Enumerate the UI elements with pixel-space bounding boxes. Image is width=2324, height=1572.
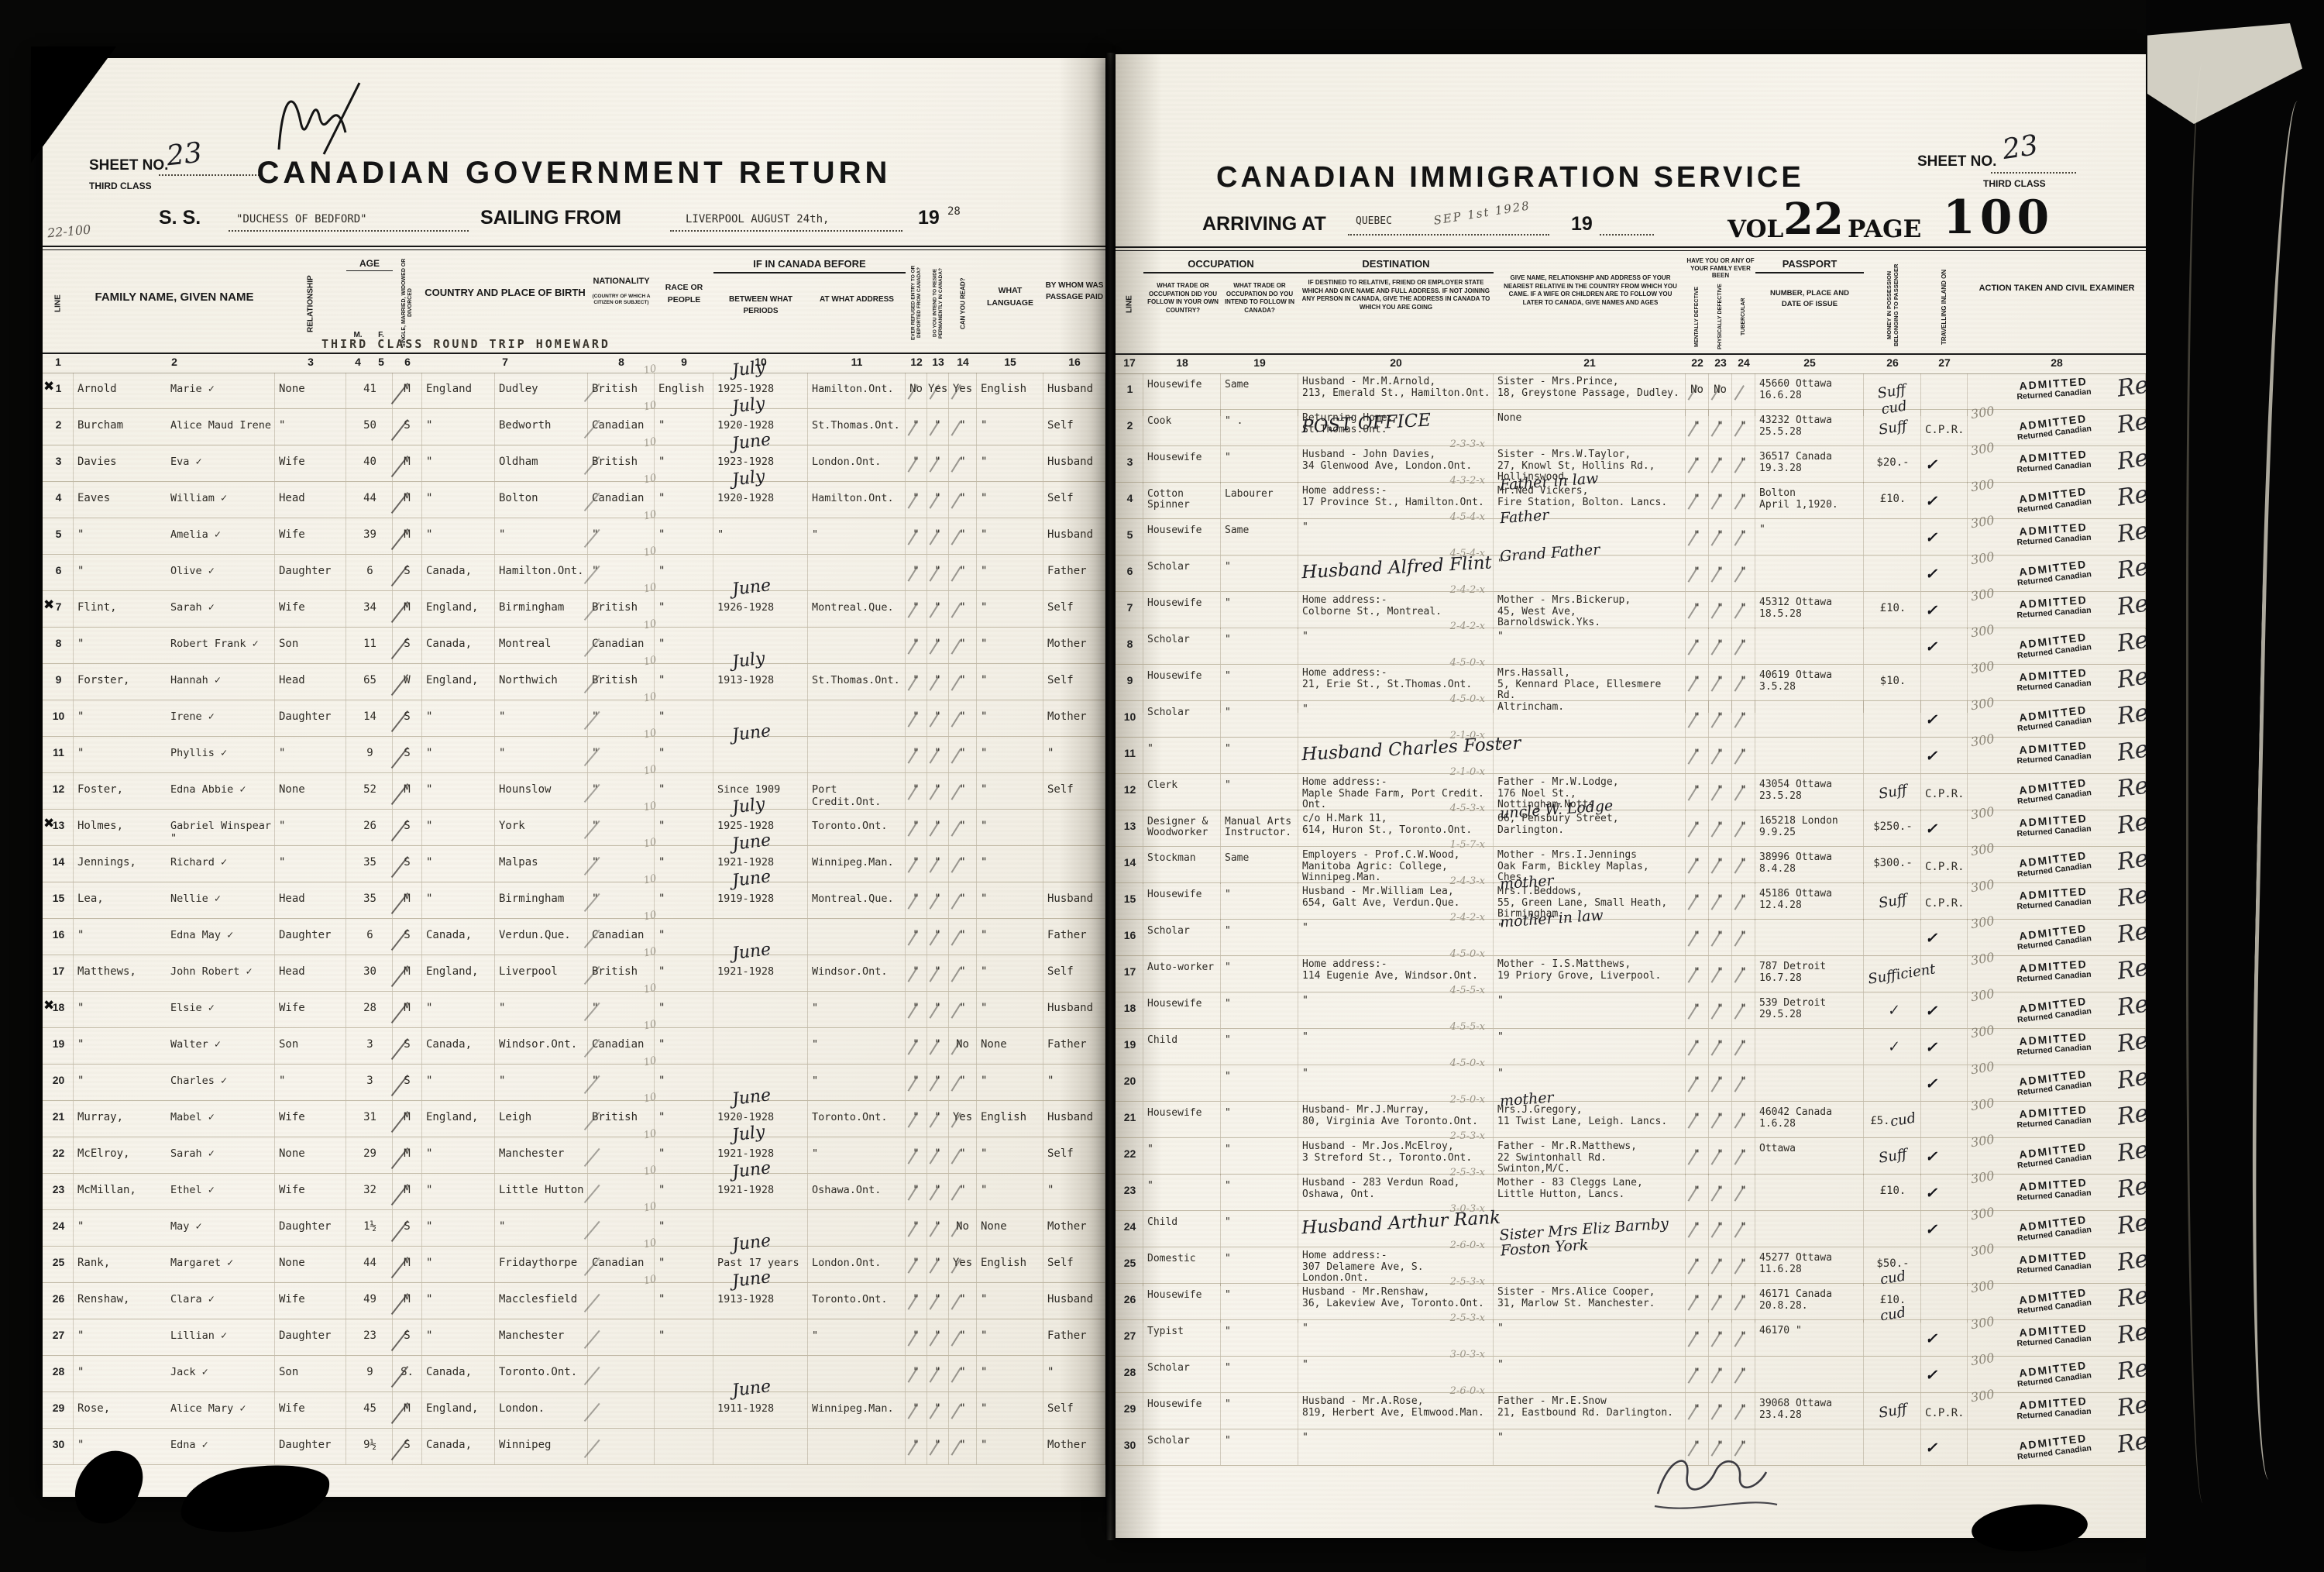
marital-status: M xyxy=(404,456,410,468)
cell-line-number: 21 xyxy=(1116,1102,1143,1137)
destination: " xyxy=(1302,1359,1308,1371)
destination: " xyxy=(1302,631,1308,642)
cell-money xyxy=(1864,628,1921,664)
mentally-defective: " xyxy=(1693,1003,1700,1015)
cell-age: 9½ xyxy=(346,1429,393,1464)
occupation-own: Scholar xyxy=(1147,1362,1190,1374)
third-class-stamp: THIRD CLASS ROUND TRIP HOMEWARD xyxy=(321,337,610,351)
pencil-300-mark: 300 xyxy=(1970,695,1996,714)
language: " xyxy=(981,1439,987,1451)
cell-line-number: 14 xyxy=(1116,847,1143,884)
cell-language: " xyxy=(977,1283,1043,1319)
cell-language: " xyxy=(977,1392,1043,1428)
given-name: Richard ✓ xyxy=(170,856,227,869)
cell-line-number: 8 xyxy=(1116,628,1143,664)
occupation-own: Auto-worker xyxy=(1147,961,1214,973)
relationship: " xyxy=(279,419,285,432)
cell-money: ✓ xyxy=(1864,992,1921,1028)
cell-birth-country: Canada, xyxy=(422,628,495,663)
mentally-defective: " xyxy=(1693,1330,1700,1343)
canada-address: Toronto.Ont. xyxy=(812,1293,888,1305)
cell-birth-country: England, xyxy=(422,1101,495,1137)
cell-travelling-inland: ✓ xyxy=(1921,1320,1968,1356)
admitted-stamp: ADMITTEDReturned Canadian xyxy=(2003,1429,2105,1464)
cell-reside-permanently: " xyxy=(927,992,949,1027)
nationality: Canadian xyxy=(592,1257,644,1269)
page-title: CANADIAN GOVERNMENT RETURN xyxy=(43,156,1105,191)
cell-occupation-own: " xyxy=(1143,738,1221,773)
mentally-defective: " xyxy=(1693,1148,1700,1161)
passenger-row-left: 28"Jack ✓Son9S.Canada,Toronto.Ont.""""" xyxy=(43,1356,1105,1392)
year-prefix: 19 xyxy=(1571,213,1593,236)
can-read: No xyxy=(956,1038,969,1051)
passage-paid: Mother xyxy=(1047,710,1087,723)
cell-race: " xyxy=(655,1247,713,1282)
passenger-row-left: 11"Phyllis ✓"9S"""10"June""""" xyxy=(43,737,1105,773)
cell-age: 32 xyxy=(346,1174,393,1209)
line-number: 6 xyxy=(1127,565,1133,577)
race: " xyxy=(658,929,665,941)
family-name: " xyxy=(77,1002,84,1014)
cell-refused-entry: " xyxy=(906,737,927,772)
birth-country: England, xyxy=(426,601,478,614)
given-name: Jack ✓ xyxy=(170,1366,208,1378)
line-number: 8 xyxy=(1127,638,1133,650)
given-name: Clara ✓ xyxy=(170,1293,215,1305)
cell-mentally-defective: " xyxy=(1686,483,1709,518)
age: 45 xyxy=(363,1402,376,1415)
line-number: 17 xyxy=(1124,965,1136,978)
passport: Ottawa xyxy=(1759,1143,1796,1154)
nationality: " xyxy=(592,1002,598,1014)
refused-entry: " xyxy=(913,747,919,759)
pencil-tally: 2-4-2-x xyxy=(1450,621,1485,633)
ss-label: S. S. xyxy=(159,207,201,229)
pencil-tally: 4-5-3-x xyxy=(1450,803,1485,815)
cell-tubercular: " xyxy=(1732,483,1755,518)
mentally-defective: " xyxy=(1693,529,1700,542)
language: None xyxy=(981,1038,1007,1051)
cell-race: " xyxy=(655,1283,713,1319)
cell-marital-status: M xyxy=(393,882,422,918)
cell-can-read: " xyxy=(949,737,977,772)
cell-passage-paid: Self xyxy=(1043,1137,1105,1173)
cell-occupation-own: Child xyxy=(1143,1211,1221,1247)
cell-marital-status: M xyxy=(393,1101,422,1137)
cell-can-read: " xyxy=(949,1283,977,1319)
examiner-initials: Re xyxy=(2115,881,2150,912)
cell-tubercular: " xyxy=(1732,592,1755,629)
cell-line-number: 8 xyxy=(43,628,74,663)
cell-relationship: None xyxy=(275,773,346,809)
canada-address: Toronto.Ont. xyxy=(812,1111,888,1123)
right-table-header: LINE OCCUPATION WHAT TRADE OR OCCUPATION… xyxy=(1116,254,2146,355)
pencil-300-mark: 300 xyxy=(1970,404,1996,422)
cell-mentally-defective: " xyxy=(1686,920,1709,955)
cell-nearest-relative: Mother - Mrs.Bickerup, 45, West Ave, Bar… xyxy=(1494,592,1686,629)
cell-money: £10.cud xyxy=(1864,1284,1921,1323)
cell-passport xyxy=(1755,628,1864,664)
vol-label: VOL xyxy=(1728,215,1783,243)
can-read: " xyxy=(959,1439,965,1451)
occupation-canada: Same xyxy=(1225,525,1249,536)
refused-entry: " xyxy=(913,638,919,650)
marital-status: M xyxy=(404,383,410,395)
cell-line-number: 7✖ xyxy=(43,591,74,627)
occupation-canada: Same xyxy=(1225,379,1249,390)
cell-birth-place: " xyxy=(495,518,588,554)
cell-family-name: " xyxy=(74,628,167,663)
given-name: Robert Frank ✓ xyxy=(170,638,259,650)
cell-birth-country: Canada, xyxy=(422,1429,495,1464)
cell-can-read: " xyxy=(949,955,977,991)
cell-passage-paid: Father xyxy=(1043,1028,1105,1064)
handwritten-month: June xyxy=(731,721,772,745)
cell-travelling-inland: ✓ xyxy=(1921,519,1968,555)
column-number: 1 xyxy=(55,356,61,368)
cell-given-name: Olive ✓ xyxy=(167,555,275,590)
examiner-initials: Re xyxy=(2115,699,2150,730)
cell-occupation-own: Auto-worker xyxy=(1143,956,1221,992)
cell-reside-permanently: " xyxy=(927,1392,949,1428)
reside-permanently: " xyxy=(934,929,940,941)
cell-reside-permanently: " xyxy=(927,955,949,991)
cell-relationship: " xyxy=(275,737,346,772)
cell-nationality xyxy=(588,1392,655,1428)
cell-mentally-defective: " xyxy=(1686,1357,1709,1392)
cell-action-taken: 300ADMITTEDReturned CanadianRe xyxy=(1968,1102,2146,1137)
cell-occupation-own: Clerk xyxy=(1143,774,1221,811)
cell-passage-paid xyxy=(1043,846,1105,882)
family-name: " xyxy=(77,528,84,541)
cell-can-read: Yes xyxy=(949,373,977,408)
column-number: 13 xyxy=(932,356,944,368)
handwritten-month: June xyxy=(731,940,772,964)
destination: " xyxy=(1302,1432,1308,1443)
cell-action-taken: 300ADMITTEDReturned CanadianRe xyxy=(1968,1247,2146,1286)
cell-tubercular: " xyxy=(1732,1284,1755,1323)
age: 9 xyxy=(366,747,373,759)
nearest-relative: Mother - 83 Cleggs Lane, Little Hutton, … xyxy=(1497,1177,1643,1200)
family-name: " xyxy=(77,638,84,650)
cell-birth-country: " xyxy=(422,992,495,1027)
race: " xyxy=(658,1220,665,1233)
cell-physically-defective: " xyxy=(1709,1357,1732,1392)
birth-country: " xyxy=(426,783,432,796)
birth-country: Canada, xyxy=(426,1038,472,1051)
cell-family-name: Holmes, xyxy=(74,810,167,845)
occupation-own: Housewife xyxy=(1147,1107,1202,1119)
cell-mentally-defective: " xyxy=(1686,1065,1709,1101)
language: " xyxy=(981,1184,987,1196)
column-number: 2 xyxy=(171,356,177,368)
cell-occupation-canada: " xyxy=(1221,883,1298,920)
col-line: LINE xyxy=(1116,260,1143,349)
cell-family-name: " xyxy=(74,700,167,736)
cell-race: " xyxy=(655,992,713,1027)
birth-country: " xyxy=(426,893,432,905)
cell-nearest-relative: " xyxy=(1494,701,1686,737)
birth-place: Leigh xyxy=(499,1111,531,1123)
cell-occupation-own: Housewife xyxy=(1143,519,1221,555)
cell-canada-address xyxy=(808,700,906,736)
handwritten-check-mark: ✓ xyxy=(1925,1075,1937,1092)
can-read: " xyxy=(959,1075,965,1087)
cell-action-taken: 300ADMITTEDReturned CanadianRe xyxy=(1968,410,2146,445)
cell-birth-place: Northwich xyxy=(495,664,588,700)
line-number: 6 xyxy=(56,564,62,576)
cell-passport: 46042 Canada 1.6.28 xyxy=(1755,1102,1864,1137)
passage-paid: Self xyxy=(1047,492,1074,504)
cell-nationality xyxy=(588,1319,655,1355)
cell-birth-place: Manchester xyxy=(495,1137,588,1173)
cell-canada-periods: June xyxy=(713,737,808,772)
cell-marital-status: S xyxy=(393,810,422,845)
cell-canada-address xyxy=(808,919,906,955)
cell-reside-permanently: " xyxy=(927,445,949,481)
handwritten-money-note: ✓ xyxy=(1886,1038,1899,1056)
pencil-300-mark: 300 xyxy=(1970,804,1996,823)
occupation-canada: " xyxy=(1225,1253,1231,1264)
cell-nearest-relative: Sister - Mrs.W.Taylor, 27, Knowl St, Hol… xyxy=(1494,446,1686,483)
birth-place: Fridaythorpe xyxy=(499,1257,577,1269)
can-read: " xyxy=(959,783,965,796)
mentally-defective: " xyxy=(1693,1294,1700,1306)
examiner-initials: Re xyxy=(2115,1354,2150,1385)
cell-given-name: Walter ✓ xyxy=(167,1028,275,1064)
cell-given-name: Clara ✓ xyxy=(167,1283,275,1319)
cell-birth-place: Bedworth xyxy=(495,409,588,445)
occupation-canada: " xyxy=(1225,452,1231,463)
cell-tubercular: " xyxy=(1732,701,1755,737)
tubercular: " xyxy=(1740,748,1746,760)
relationship: Wife xyxy=(279,456,305,468)
cell-marital-status: M xyxy=(393,1392,422,1428)
col-language: WHAT LANGUAGE xyxy=(977,284,1043,309)
family-name: " xyxy=(77,1038,84,1051)
cell-family-name: " xyxy=(74,1210,167,1246)
relationship: Head xyxy=(279,674,305,686)
cell-given-name: Robert Frank ✓ xyxy=(167,628,275,663)
cell-canada-periods xyxy=(713,1319,808,1355)
cell-line-number: 24 xyxy=(1116,1211,1143,1247)
occupation-own: Housewife xyxy=(1147,1398,1202,1410)
cell-birth-place: Birmingham xyxy=(495,591,588,627)
handwritten-check-mark: ✓ xyxy=(1925,566,1937,583)
tubercular: " xyxy=(1740,675,1746,687)
refused-entry: " xyxy=(913,1402,919,1415)
language: " xyxy=(981,419,987,432)
cell-age: 6 xyxy=(346,555,393,590)
cell-occupation-own: Scholar xyxy=(1143,920,1221,955)
cell-birth-country: " xyxy=(422,409,495,445)
cell-race: English xyxy=(655,373,713,408)
admitted-stamp: ADMITTEDReturned Canadian xyxy=(2003,847,2105,881)
cell-passage-paid: Husband xyxy=(1043,518,1105,554)
cell-occupation-canada: " xyxy=(1221,1138,1298,1175)
given-name: Walter ✓ xyxy=(170,1038,221,1051)
family-name: Holmes, xyxy=(77,820,123,832)
pencil-300-mark: 300 xyxy=(1970,1096,1996,1114)
cell-canada-periods: 1920-1928July xyxy=(713,482,808,518)
family-name: " xyxy=(77,747,84,759)
cell-marital-status: S xyxy=(393,1319,422,1355)
admitted-stamp: ADMITTEDReturned Canadian xyxy=(2003,883,2105,912)
birth-country: England, xyxy=(426,1111,478,1123)
birth-country: Canada, xyxy=(426,1366,472,1378)
cell-passport: 43054 Ottawa 23.5.28 xyxy=(1755,774,1864,811)
race: " xyxy=(658,638,665,650)
nationality: British xyxy=(592,601,638,614)
handwritten-month: June xyxy=(731,576,772,600)
examiner-initials: Re xyxy=(2115,1063,2150,1094)
birth-place: Oldham xyxy=(499,456,538,468)
cell-can-read: No xyxy=(949,1210,977,1246)
cell-line-number: 20 xyxy=(43,1065,74,1100)
line-number: 20 xyxy=(1124,1075,1136,1087)
cell-canada-address: St.Thomas.Ont. xyxy=(808,664,906,700)
money-amount: $250.- xyxy=(1873,820,1913,833)
pencil-300-mark: 300 xyxy=(1970,659,1996,677)
cell-marital-status: M xyxy=(393,1247,422,1282)
cell-birth-place: Windsor.Ont. xyxy=(495,1028,588,1064)
cell-canada-address: Winnipeg.Man. xyxy=(808,846,906,882)
pencil-tally: 4-3-2-x xyxy=(1450,476,1485,487)
cell-passage-paid: Mother xyxy=(1043,628,1105,663)
cell-tubercular: " xyxy=(1732,956,1755,992)
cell-action-taken: 300ADMITTEDReturned CanadianRe xyxy=(1968,1320,2146,1356)
cell-family-name: " xyxy=(74,1028,167,1064)
birth-place: York xyxy=(499,820,525,832)
canada-address: " xyxy=(812,1002,818,1014)
cell-travelling-inland xyxy=(1921,1102,1968,1137)
cell-refused-entry: " xyxy=(906,1028,927,1064)
mentally-defective: " xyxy=(1693,566,1700,578)
cell-relationship: Head xyxy=(275,482,346,518)
pencil-tally: 2-5-0-x xyxy=(1450,1095,1485,1106)
occupation-canada: Manual Arts Instructor. xyxy=(1225,816,1291,838)
physically-defective: " xyxy=(1717,420,1723,432)
birth-place: Macclesfield xyxy=(499,1293,577,1305)
occupation-own: Housewife xyxy=(1147,670,1202,682)
age: 3 xyxy=(366,1075,373,1087)
physically-defective: " xyxy=(1717,784,1723,796)
cell-birth-country: " xyxy=(422,1210,495,1246)
given-name: Margaret ✓ xyxy=(170,1257,233,1269)
cell-line-number: 13 xyxy=(1116,810,1143,846)
cell-line-number: 23 xyxy=(1116,1175,1143,1210)
mentally-defective: " xyxy=(1693,784,1700,796)
marital-status: S xyxy=(404,747,410,759)
cell-line-number: 2 xyxy=(43,409,74,445)
pencil-tally: 4-5-0-x xyxy=(1450,658,1485,669)
cell-passport: 36517 Canada 19.3.28 xyxy=(1755,446,1864,483)
marital-status: M xyxy=(404,601,410,614)
relationship: Daughter xyxy=(279,929,331,941)
examiner-initials: Re xyxy=(2115,1209,2150,1240)
cell-passport xyxy=(1755,1065,1864,1101)
col-nationality: NATIONALITY xyxy=(588,277,655,286)
cell-can-read: " xyxy=(949,409,977,445)
age: 35 xyxy=(363,893,376,905)
birth-country: " xyxy=(426,492,432,504)
cell-can-read: " xyxy=(949,810,977,845)
occupation-own: Scholar xyxy=(1147,634,1190,645)
pencil-tally: 2-6-0-x xyxy=(1450,1240,1485,1252)
cell-occupation-own: Cook xyxy=(1143,410,1221,445)
mentally-defective: " xyxy=(1693,857,1700,869)
reside-permanently: " xyxy=(934,1147,940,1160)
passport: 165218 London 9.9.25 xyxy=(1759,815,1838,838)
col-physically-defective: PHYSICALLY DEFECTIVE xyxy=(1709,284,1732,350)
cell-action-taken: 300ADMITTEDReturned CanadianRe xyxy=(1968,519,2146,555)
can-read: " xyxy=(959,456,965,468)
relationship: " xyxy=(279,747,285,759)
cell-occupation-canada: " xyxy=(1221,1357,1298,1392)
margin-note-handwritten: 22-100 xyxy=(46,222,91,241)
given-name: Edna Abbie ✓ xyxy=(170,783,246,796)
passenger-row-left: 30"Edna ✓Daughter9½SCanada,Winnipeg""""M… xyxy=(43,1429,1105,1465)
admitted-stamp: ADMITTEDReturned Canadian xyxy=(2003,1393,2105,1422)
cell-language: " xyxy=(977,882,1043,918)
reside-permanently: " xyxy=(934,1329,940,1342)
cell-reside-permanently: " xyxy=(927,628,949,663)
cell-family-name: Flint, xyxy=(74,591,167,627)
col-refused: EVER REFUSED ENTRY TO OR DEPORTED FROM C… xyxy=(906,255,927,351)
cell-language: " xyxy=(977,919,1043,955)
cell-canada-periods xyxy=(713,992,808,1027)
examiner-initials: Re xyxy=(2115,772,2150,803)
cell-birth-country: " xyxy=(422,518,495,554)
cell-physically-defective: " xyxy=(1709,701,1732,737)
cell-mentally-defective: " xyxy=(1686,446,1709,483)
race: " xyxy=(658,1075,665,1087)
cell-marital-status: W xyxy=(393,664,422,700)
passenger-row-left: 19"Walter ✓Son3SCanada,Windsor.Ont.Canad… xyxy=(43,1028,1105,1065)
admitted-stamp: ADMITTEDReturned Canadian xyxy=(2003,992,2105,1027)
cell-travelling-inland: ✓ xyxy=(1921,738,1968,773)
can-read: " xyxy=(959,747,965,759)
tubercular: " xyxy=(1740,456,1746,469)
cell-nearest-relative: " xyxy=(1494,992,1686,1028)
cell-physically-defective: " xyxy=(1709,920,1732,955)
passport: 45312 Ottawa 18.5.28 xyxy=(1759,597,1832,620)
cell-language: " xyxy=(977,591,1043,627)
cell-given-name: Richard ✓ xyxy=(167,846,275,882)
refused-entry: " xyxy=(913,929,919,941)
column-number: 19 xyxy=(1253,356,1266,369)
destination: Husband - Mr.William Lea, 654, Galt Ave,… xyxy=(1302,886,1460,909)
cell-race: " xyxy=(655,955,713,991)
mentally-defective: " xyxy=(1693,748,1700,760)
cell-money: £10. xyxy=(1864,592,1921,629)
cell-line-number: 10 xyxy=(43,700,74,736)
right-page: CANADIAN IMMIGRATION SERVICE SHEET NO. 2… xyxy=(1116,54,2146,1538)
cell-birth-place: Montreal xyxy=(495,628,588,663)
cell-refused-entry: " xyxy=(906,1137,927,1173)
cell-line-number: 16 xyxy=(43,919,74,955)
column-number: 11 xyxy=(851,356,863,368)
age: 44 xyxy=(363,492,376,504)
marital-status: S. xyxy=(401,1366,414,1378)
cell-reside-permanently: " xyxy=(927,1319,949,1355)
tubercular: " xyxy=(1740,1403,1746,1415)
cell-reside-permanently: " xyxy=(927,409,949,445)
passenger-row-left: 15Lea,Nellie ✓Head35M"Birmingham"10"1919… xyxy=(43,882,1105,919)
canada-address: St.Thomas.Ont. xyxy=(812,419,900,432)
birth-country: " xyxy=(426,1257,432,1269)
tubercular: " xyxy=(1740,784,1746,796)
